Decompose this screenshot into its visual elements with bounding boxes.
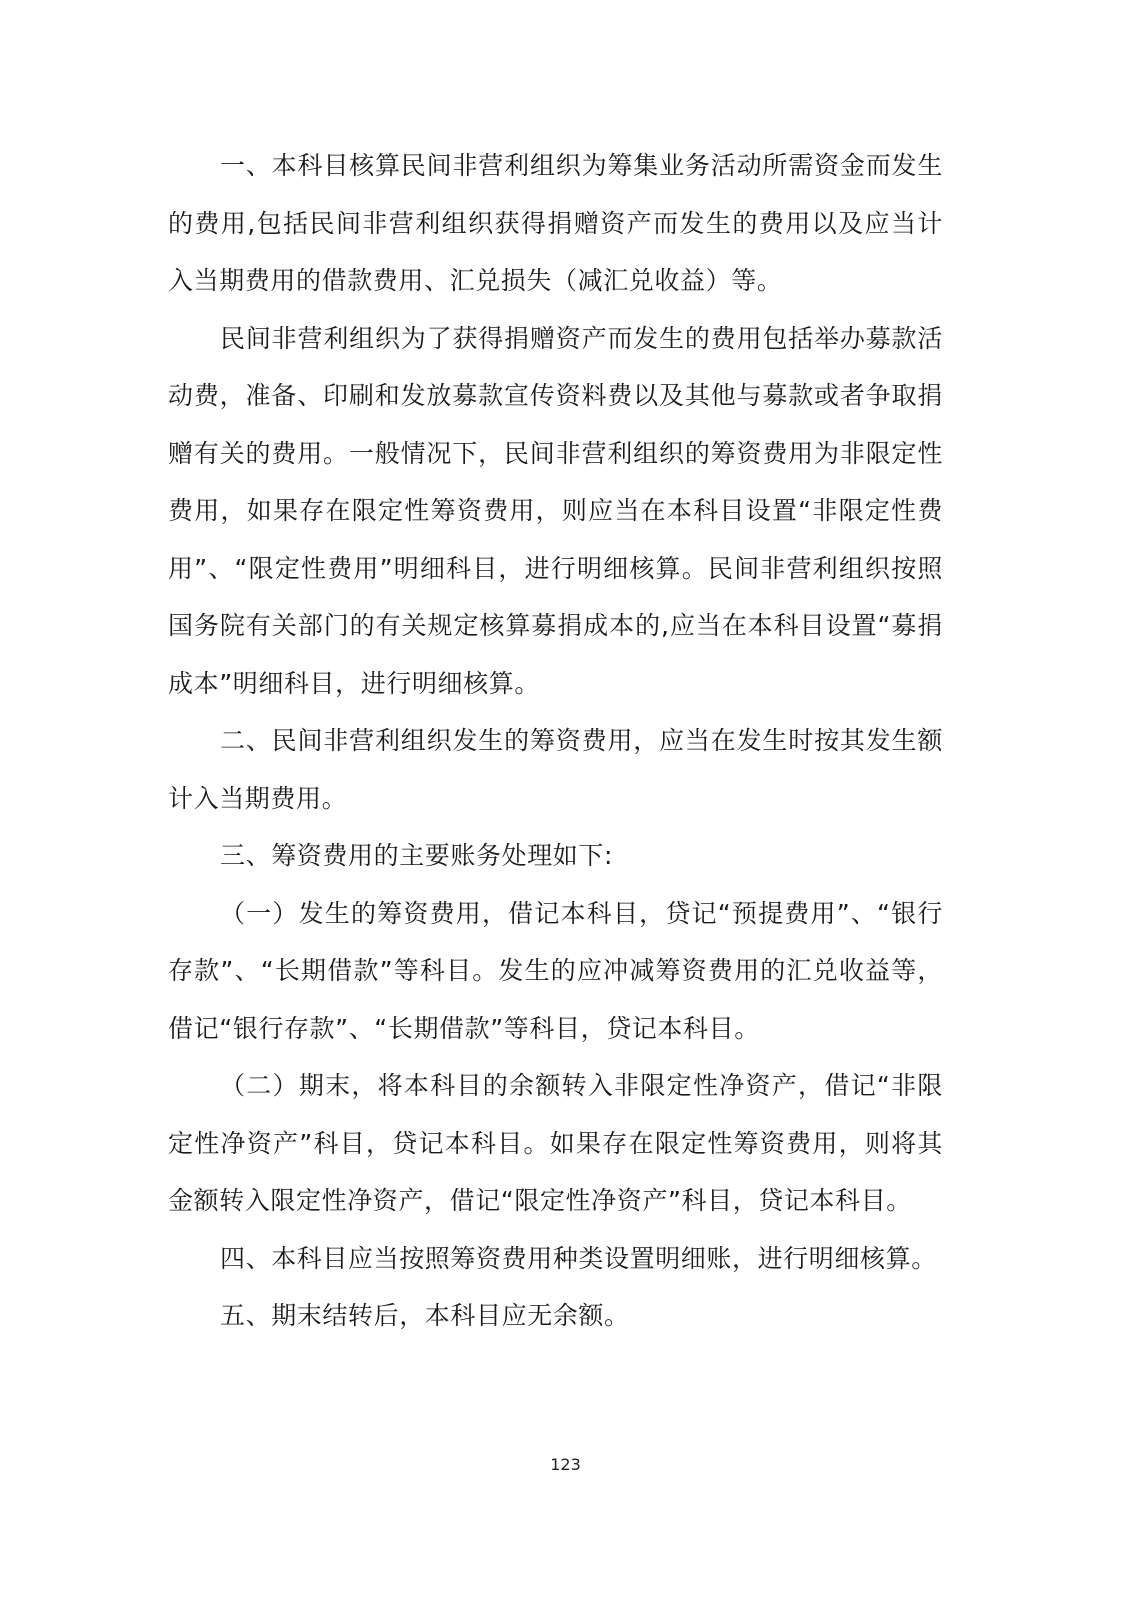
paragraph-accounting-item-1: （一）发生的筹资费用，借记本科目，贷记“预提费用”、“银行存款”、“长期借款”等… bbox=[168, 885, 943, 1058]
paragraph-accounting-item-2: （二）期末，将本科目的余额转入非限定性净资产，借记“非限定性净资产”科目，贷记本… bbox=[168, 1057, 943, 1230]
paragraph-fundraising-costs: 民间非营利组织为了获得捐赠资产而发生的费用包括举办募款活动费，准备、印刷和发放募… bbox=[168, 310, 943, 713]
paragraph-recognition: 二、民间非营利组织发生的筹资费用，应当在发生时按其发生额计入当期费用。 bbox=[168, 712, 943, 827]
page-number: 123 bbox=[0, 1455, 1131, 1474]
document-body: 一、本科目核算民间非营利组织为筹集业务活动所需资金而发生的费用,包括民间非营利组… bbox=[168, 137, 943, 1345]
paragraph-closing-balance: 五、期末结转后，本科目应无余额。 bbox=[168, 1287, 943, 1345]
paragraph-accounting-heading: 三、筹资费用的主要账务处理如下: bbox=[168, 827, 943, 885]
paragraph-scope: 一、本科目核算民间非营利组织为筹集业务活动所需资金而发生的费用,包括民间非营利组… bbox=[168, 137, 943, 310]
paragraph-subsidiary-ledger: 四、本科目应当按照筹资费用种类设置明细账，进行明细核算。 bbox=[168, 1230, 943, 1288]
